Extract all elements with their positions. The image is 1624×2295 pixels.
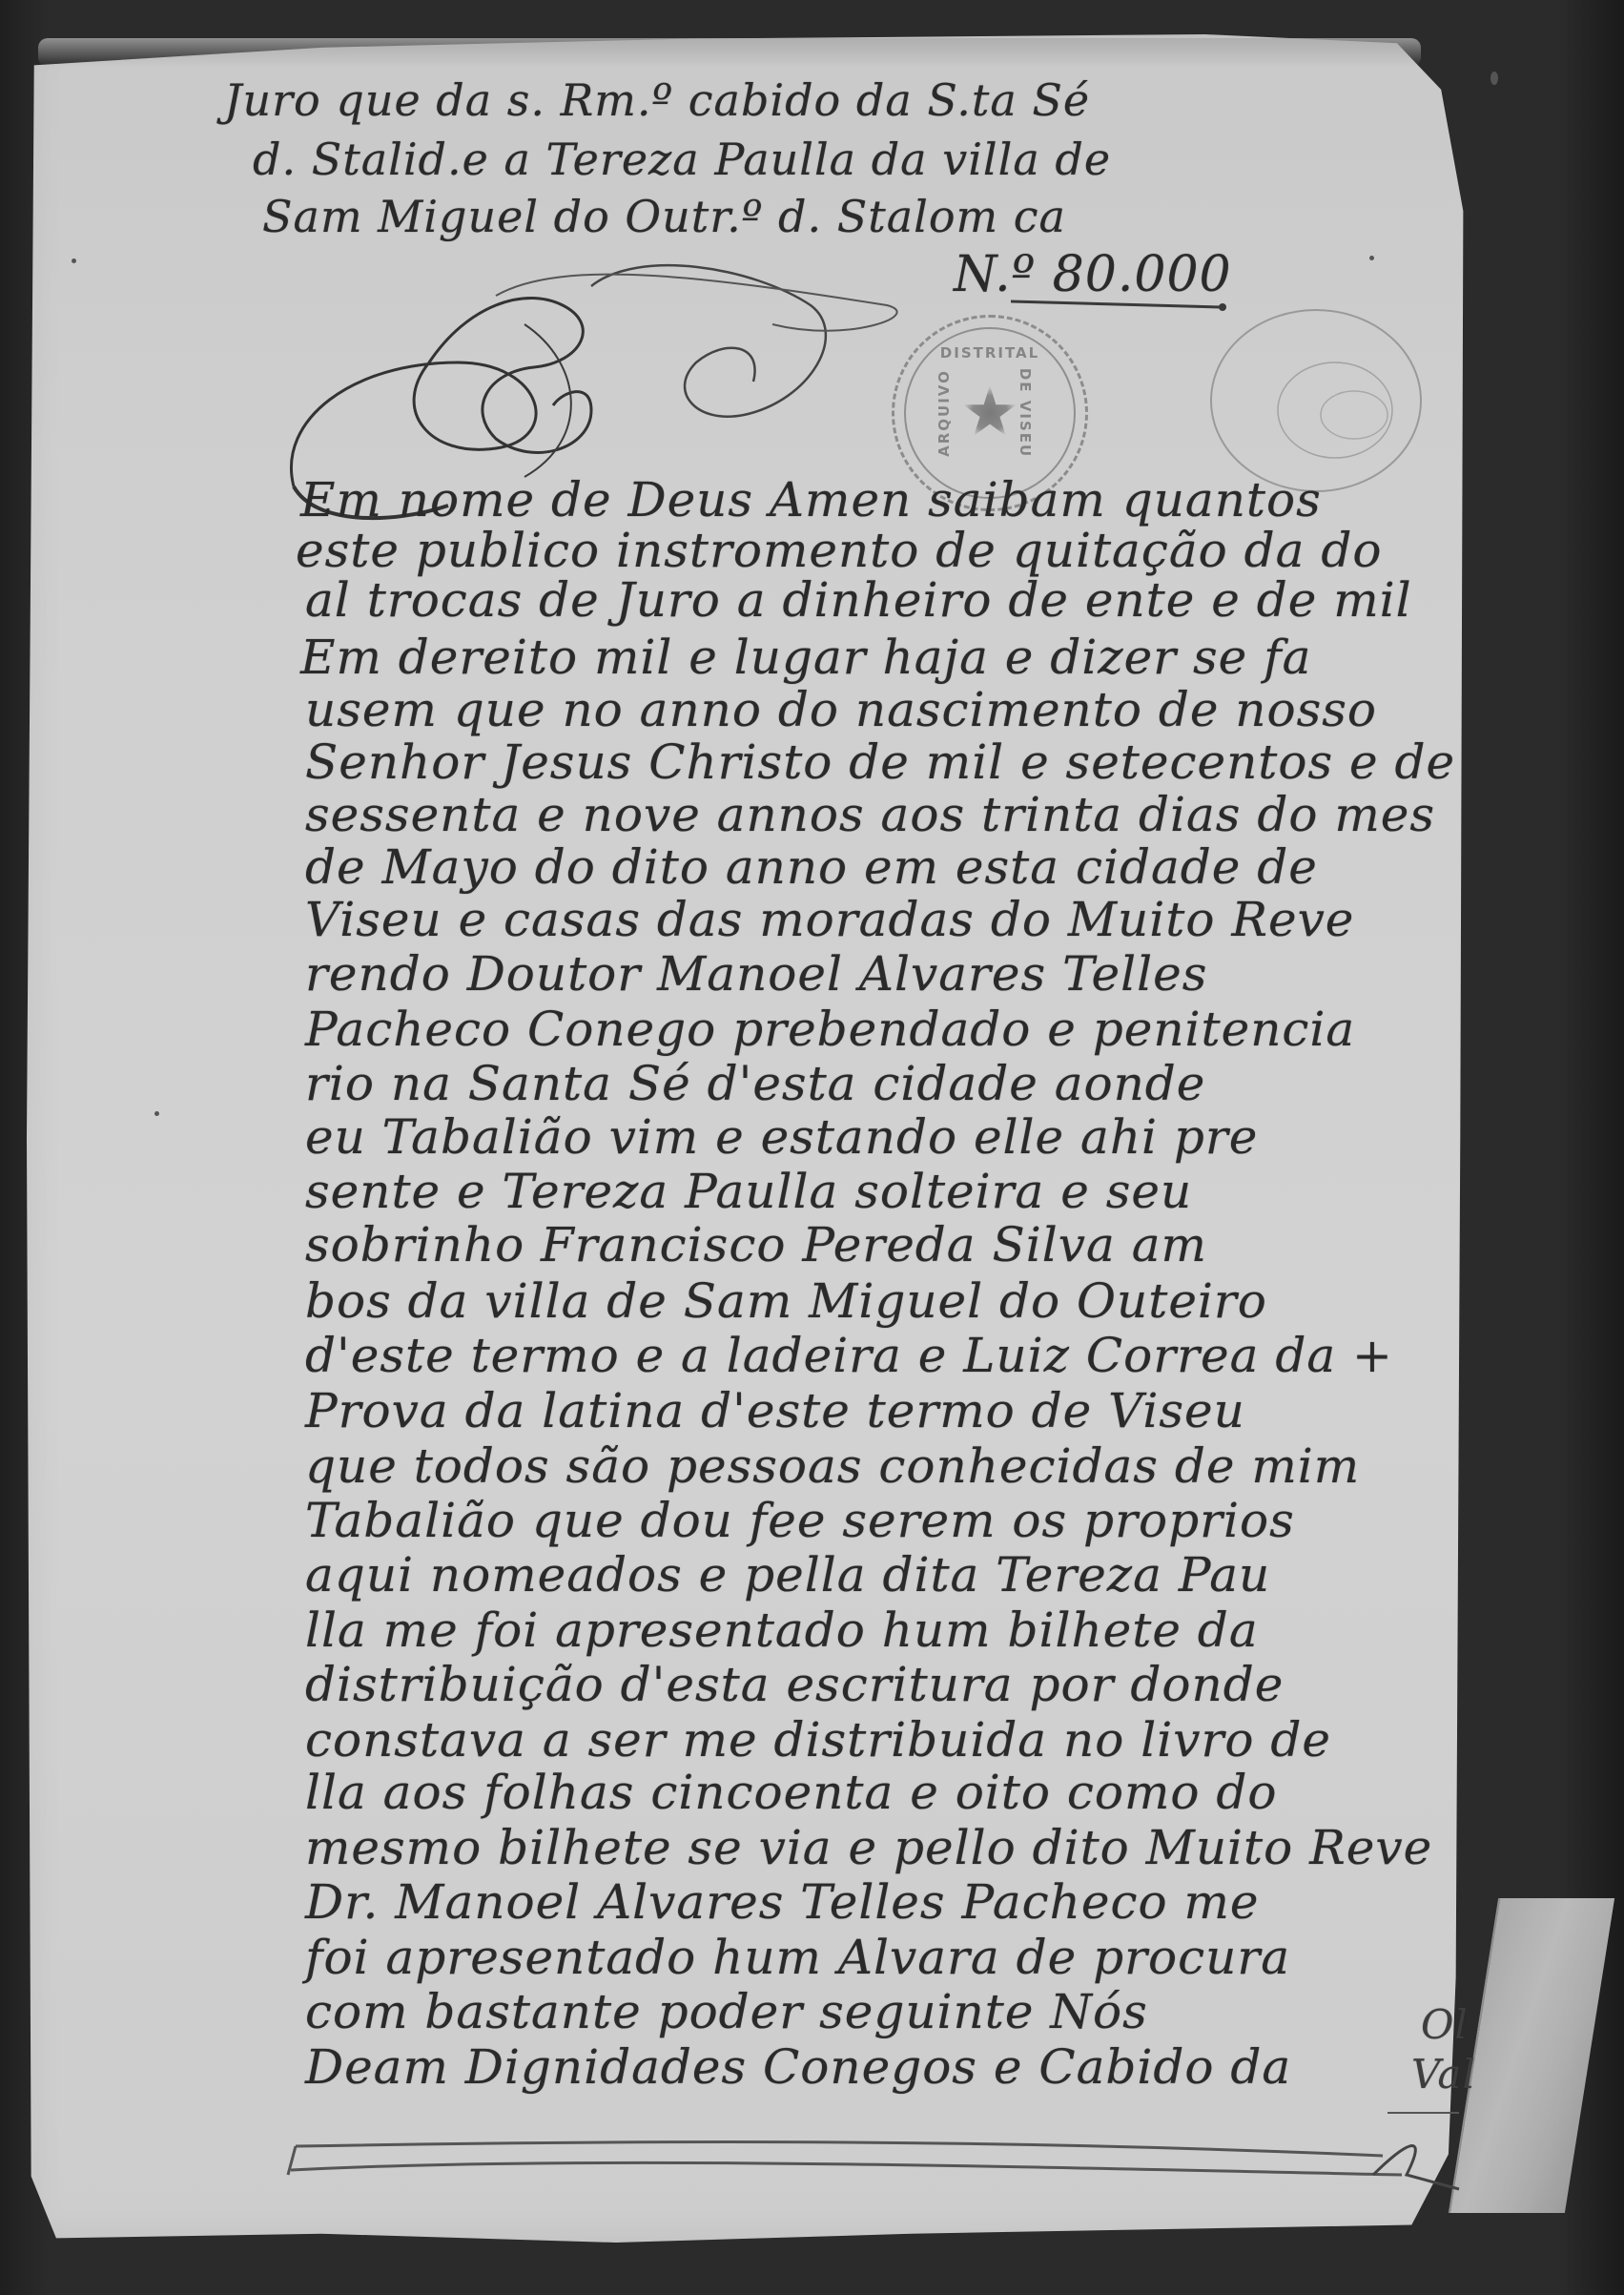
- margin-note-1: Ol: [1421, 2001, 1469, 2048]
- body-line-17: d'este termo e a ladeira e Luiz Correa d…: [305, 1328, 1393, 1383]
- ink-speck: [1490, 72, 1498, 85]
- body-line-30: Deam Dignidades Conegos e Cabido da: [305, 2039, 1291, 2095]
- body-line-2: este publico instromento de quitação da …: [296, 523, 1383, 578]
- body-line-21: aqui nomeados e pella dita Tereza Pau: [305, 1547, 1270, 1602]
- body-line-22: lla me foi apresentado hum bilhete da: [305, 1602, 1259, 1658]
- stamp-text-right: DE VISEU: [1017, 368, 1034, 458]
- margin-note-2: Val: [1411, 2051, 1476, 2098]
- body-line-15: sobrinho Francisco Pereda Silva am: [305, 1217, 1207, 1272]
- body-line-7: sessenta e nove annos aos trinta dias do…: [305, 787, 1435, 842]
- body-line-27: Dr. Manoel Alvares Telles Pacheco me: [305, 1874, 1259, 1930]
- body-line-20: Tabalião que dou fee serem os proprios: [305, 1493, 1295, 1548]
- closing-rule: [286, 2137, 1478, 2213]
- page-top-edge: [38, 38, 1421, 67]
- ink-speck: [154, 1111, 159, 1116]
- faint-right-flourish: [1173, 277, 1459, 496]
- body-line-16: bos da villa de Sam Miguel do Outeiro: [305, 1273, 1267, 1329]
- right-margin-rule: [1388, 2108, 1464, 2118]
- body-line-23: distribuição d'esta escritura por donde: [305, 1657, 1284, 1712]
- body-line-24: constava a ser me distribuida no livro d…: [305, 1712, 1331, 1768]
- body-line-11: Pacheco Conego prebendado e penitencia: [305, 1002, 1355, 1057]
- stamp-emblem-icon: [962, 385, 1018, 441]
- body-line-26: mesmo bilhete se via e pello dito Muito …: [305, 1820, 1432, 1875]
- body-line-29: com bastante poder seguinte Nós: [305, 1984, 1148, 2039]
- body-line-14: sente e Tereza Paulla solteira e seu: [305, 1164, 1192, 1219]
- body-line-12: rio na Santa Sé d'esta cidade aonde: [305, 1056, 1205, 1111]
- header-line-1: Juro que da s. Rm.º cabido da S.ta Sé: [224, 74, 1090, 126]
- body-line-6: Senhor Jesus Christo de mil e setecentos…: [305, 734, 1455, 790]
- ink-speck: [1369, 256, 1374, 260]
- body-line-5: usem que no anno do nascimento de nosso: [305, 682, 1377, 737]
- header-line-3: Sam Miguel do Outr.º d. Stalom ca: [262, 191, 1066, 242]
- body-line-9: Viseu e casas das moradas do Muito Reve: [305, 892, 1354, 947]
- body-line-8: de Mayo do dito anno em esta cidade de: [305, 839, 1318, 895]
- body-line-3: al trocas de Juro a dinheiro de ente e d…: [305, 572, 1412, 628]
- body-line-1: Em nome de Deus Amen saibam quantos: [300, 472, 1322, 527]
- body-line-19: que todos são pessoas conhecidas de mim: [305, 1438, 1360, 1494]
- stamp-text-left: ARQUIVO: [935, 369, 953, 457]
- body-line-18: Prova da latina d'este termo de Viseu: [305, 1383, 1245, 1438]
- ink-speck: [72, 258, 76, 263]
- stamp-text-top: DISTRITAL: [940, 344, 1039, 362]
- body-line-25: lla aos folhas cincoenta e oito como do: [305, 1765, 1278, 1820]
- body-line-13: eu Tabalião vim e estando elle ahi pre: [305, 1109, 1258, 1165]
- header-line-2: d. Stalid.e a Tereza Paulla da villa de: [253, 134, 1111, 185]
- body-line-10: rendo Doutor Manoel Alvares Telles: [305, 946, 1207, 1002]
- body-line-4: Em dereito mil e lugar haja e dizer se f…: [300, 630, 1311, 685]
- body-line-28: foi apresentado hum Alvara de procura: [305, 1930, 1290, 1985]
